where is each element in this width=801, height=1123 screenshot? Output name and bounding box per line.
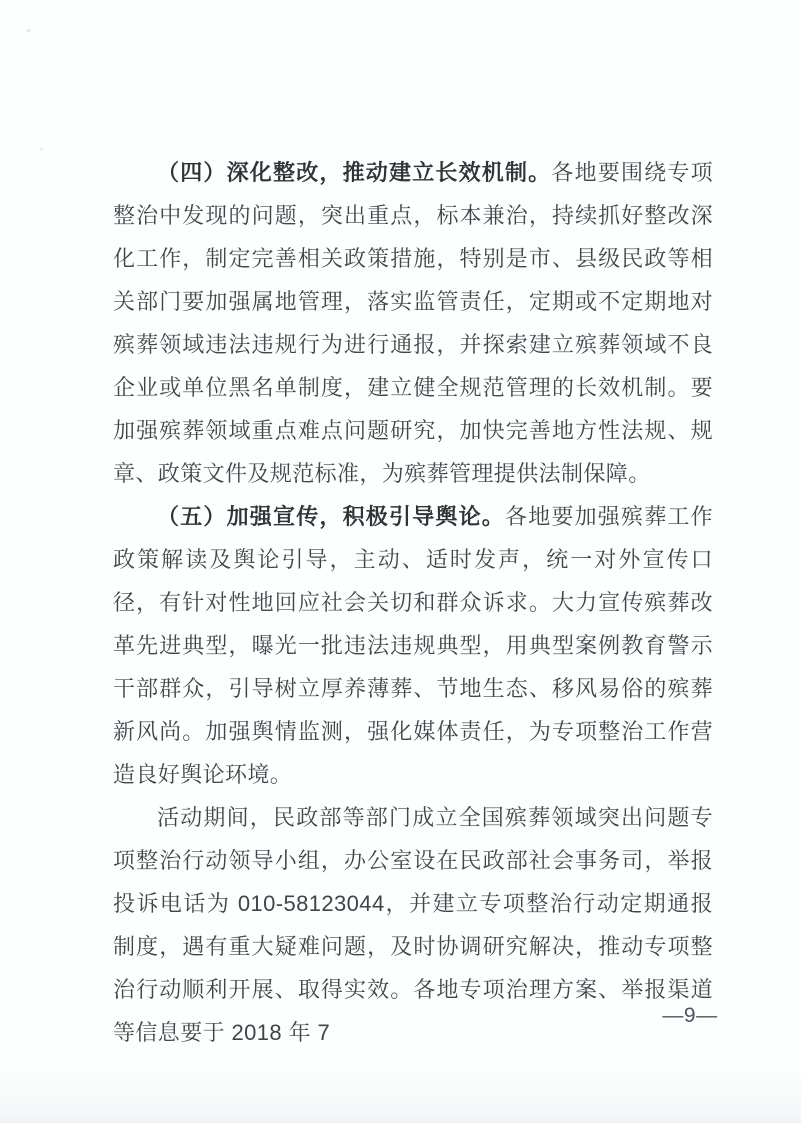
document-page: （四）深化整改，推动建立长效机制。各地要围绕专项整治中发现的问题，突出重点，标本… xyxy=(0,0,801,1123)
scan-speck xyxy=(26,28,32,33)
paragraph-activity-period-text: 活动期间，民政部等部门成立全国殡葬领域突出问题专项整治行动领导小组，办公室设在民… xyxy=(113,805,713,1045)
paragraph-section-4: （四）深化整改，推动建立长效机制。各地要围绕专项整治中发现的问题，突出重点，标本… xyxy=(113,151,713,495)
scan-speck xyxy=(40,148,43,150)
paragraph-section-5-text: 各地要加强殡葬工作政策解读及舆论引导，主动、适时发声，统一对外宣传口径，有针对性… xyxy=(113,504,713,787)
paragraph-activity-period: 活动期间，民政部等部门成立全国殡葬领域突出问题专项整治行动领导小组，办公室设在民… xyxy=(113,796,713,1054)
paragraph-section-5: （五）加强宣传，积极引导舆论。各地要加强殡葬工作政策解读及舆论引导，主动、适时发… xyxy=(113,495,713,796)
page-number: —9— xyxy=(640,1004,740,1028)
paragraph-section-4-heading: （四）深化整改，推动建立长效机制。 xyxy=(157,160,551,185)
paragraph-section-5-heading: （五）加强宣传，积极引导舆论。 xyxy=(157,504,505,529)
document-body: （四）深化整改，推动建立长效机制。各地要围绕专项整治中发现的问题，突出重点，标本… xyxy=(113,151,713,1054)
paragraph-section-4-text: 各地要围绕专项整治中发现的问题，突出重点，标本兼治，持续抓好整改深化工作，制定完… xyxy=(113,160,713,486)
